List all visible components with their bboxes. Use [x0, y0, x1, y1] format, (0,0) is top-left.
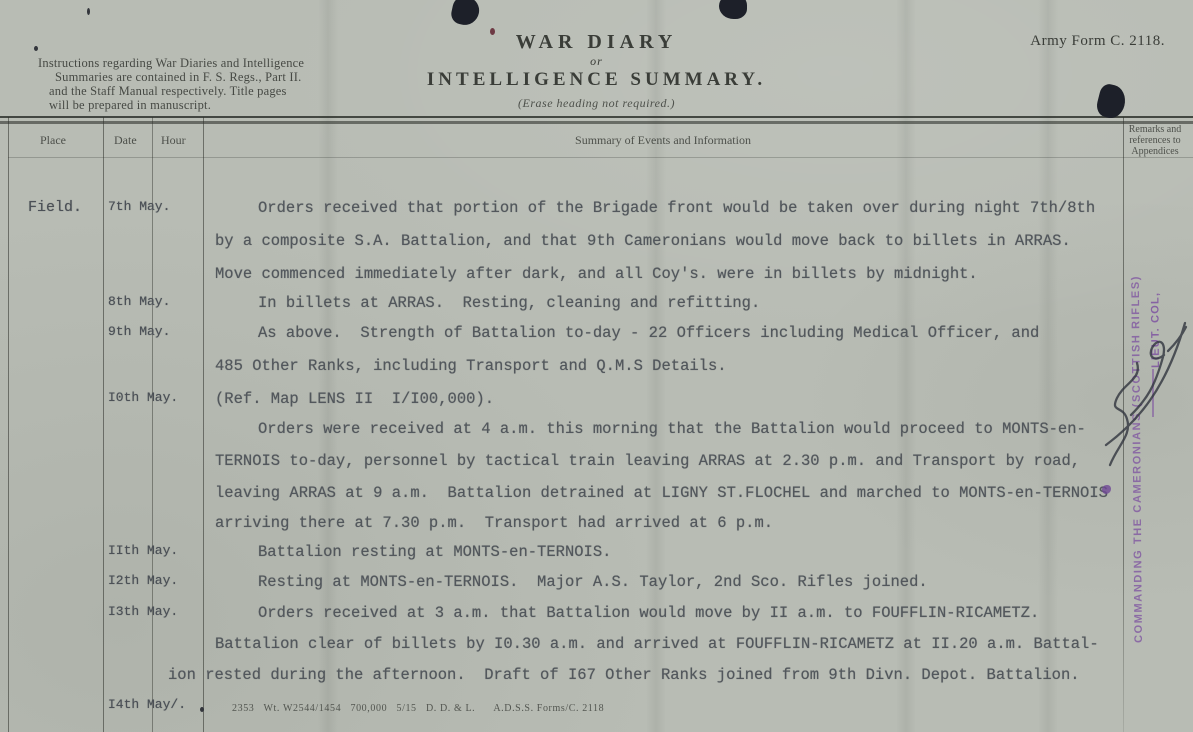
diary-row: TERNOIS to-day, personnel by tactical tr… [0, 452, 1193, 474]
diary-row: I2th May. Resting at MONTS-en-TERNOIS. M… [0, 573, 1193, 595]
army-form-number: Army Form C. 2118. [1030, 33, 1165, 50]
date-value: I2th May. [108, 573, 178, 588]
column-header-summary: Summary of Events and Information [203, 133, 1123, 148]
remarks-line: references to [1124, 135, 1186, 146]
ink-speck [490, 28, 495, 35]
column-header-place: Place [40, 133, 66, 148]
table-top-rule-2 [0, 121, 1193, 124]
form-print-code: 2353 Wt. W2544/1454 700,000 5/15 D. D. &… [232, 703, 604, 714]
date-value: IIth May. [108, 543, 178, 558]
summary-text: Battalion clear of billets by I0.30 a.m.… [215, 635, 1099, 653]
diary-row: by a composite S.A. Battalion, and that … [0, 232, 1193, 254]
diary-row: arriving there at 7.30 p.m. Transport ha… [0, 514, 1193, 536]
column-header-remarks: Remarks and references to Appendices [1124, 124, 1186, 157]
form-title: WAR DIARY [0, 31, 1193, 54]
diary-row: 485 Other Ranks, including Transport and… [0, 357, 1193, 379]
column-header-date: Date [114, 133, 137, 148]
ink-speck [87, 8, 90, 15]
summary-text: Resting at MONTS-en-TERNOIS. Major A.S. … [258, 573, 928, 591]
date-value: 9th May. [108, 324, 170, 339]
instructions-line: will be prepared in manuscript. [49, 98, 211, 112]
remarks-line: Appendices [1124, 146, 1186, 157]
summary-text: Orders were received at 4 a.m. this morn… [258, 420, 1086, 438]
diary-row: leaving ARRAS at 9 a.m. Battalion detrai… [0, 484, 1193, 506]
summary-text: (Ref. Map LENS II I/I00,000). [215, 390, 494, 408]
date-value: I3th May. [108, 604, 178, 619]
instructions-line: Instructions regarding War Diaries and I… [38, 56, 304, 70]
diary-row: I3th May. Orders received at 3 a.m. that… [0, 604, 1193, 626]
summary-text: leaving ARRAS at 9 a.m. Battalion detrai… [215, 484, 1108, 502]
summary-text: Orders received that portion of the Brig… [258, 199, 1095, 217]
date-value: 7th May. [108, 199, 170, 214]
diary-row: Battalion clear of billets by I0.30 a.m.… [0, 635, 1193, 657]
summary-text: ion rested during the afternoon. Draft o… [168, 666, 1080, 684]
ink-blot [719, 0, 747, 19]
diary-row: Orders were received at 4 a.m. this morn… [0, 420, 1193, 442]
summary-text: 485 Other Ranks, including Transport and… [215, 357, 727, 375]
column-header-hour: Hour [161, 133, 186, 148]
place-value: Field. [28, 199, 82, 216]
ink-speck [34, 46, 38, 51]
table-top-rule [0, 116, 1193, 118]
summary-text: As above. Strength of Battalion to-day -… [258, 324, 1039, 342]
diary-row: IIth May. Battalion resting at MONTS-en-… [0, 543, 1193, 565]
summary-text: In billets at ARRAS. Resting, cleaning a… [258, 294, 760, 312]
summary-text: Orders received at 3 a.m. that Battalion… [258, 604, 1039, 622]
date-value: I4th May/. [108, 697, 186, 712]
diary-row: Move commenced immediately after dark, a… [0, 265, 1193, 287]
diary-row: 9th May. As above. Strength of Battalion… [0, 324, 1193, 346]
diary-row: ion rested during the afternoon. Draft o… [0, 666, 1193, 688]
summary-text: TERNOIS to-day, personnel by tactical tr… [215, 452, 1080, 470]
commanding-officer-signature [1096, 293, 1193, 488]
header-bottom-rule [8, 157, 1193, 158]
diary-row: Field. 7th May. Orders received that por… [0, 199, 1193, 221]
date-value: 8th May. [108, 294, 170, 309]
date-value: I0th May. [108, 390, 178, 405]
summary-text: by a composite S.A. Battalion, and that … [215, 232, 1071, 250]
summary-text: Battalion resting at MONTS-en-TERNOIS. [258, 543, 611, 561]
war-diary-scanned-page: WAR DIARY or INTELLIGENCE SUMMARY. (Eras… [0, 0, 1193, 732]
diary-row: 8th May. In billets at ARRAS. Resting, c… [0, 294, 1193, 316]
instructions-line: and the Staff Manual respectively. Title… [49, 84, 287, 98]
instructions-line: Summaries are contained in F. S. Regs., … [55, 70, 301, 84]
ink-blot [449, 0, 481, 28]
ink-speck [200, 707, 204, 712]
diary-row: I0th May. (Ref. Map LENS II I/I00,000). [0, 390, 1193, 412]
summary-text: arriving there at 7.30 p.m. Transport ha… [215, 514, 773, 532]
summary-text: Move commenced immediately after dark, a… [215, 265, 978, 283]
remarks-line: Remarks and [1124, 124, 1186, 135]
